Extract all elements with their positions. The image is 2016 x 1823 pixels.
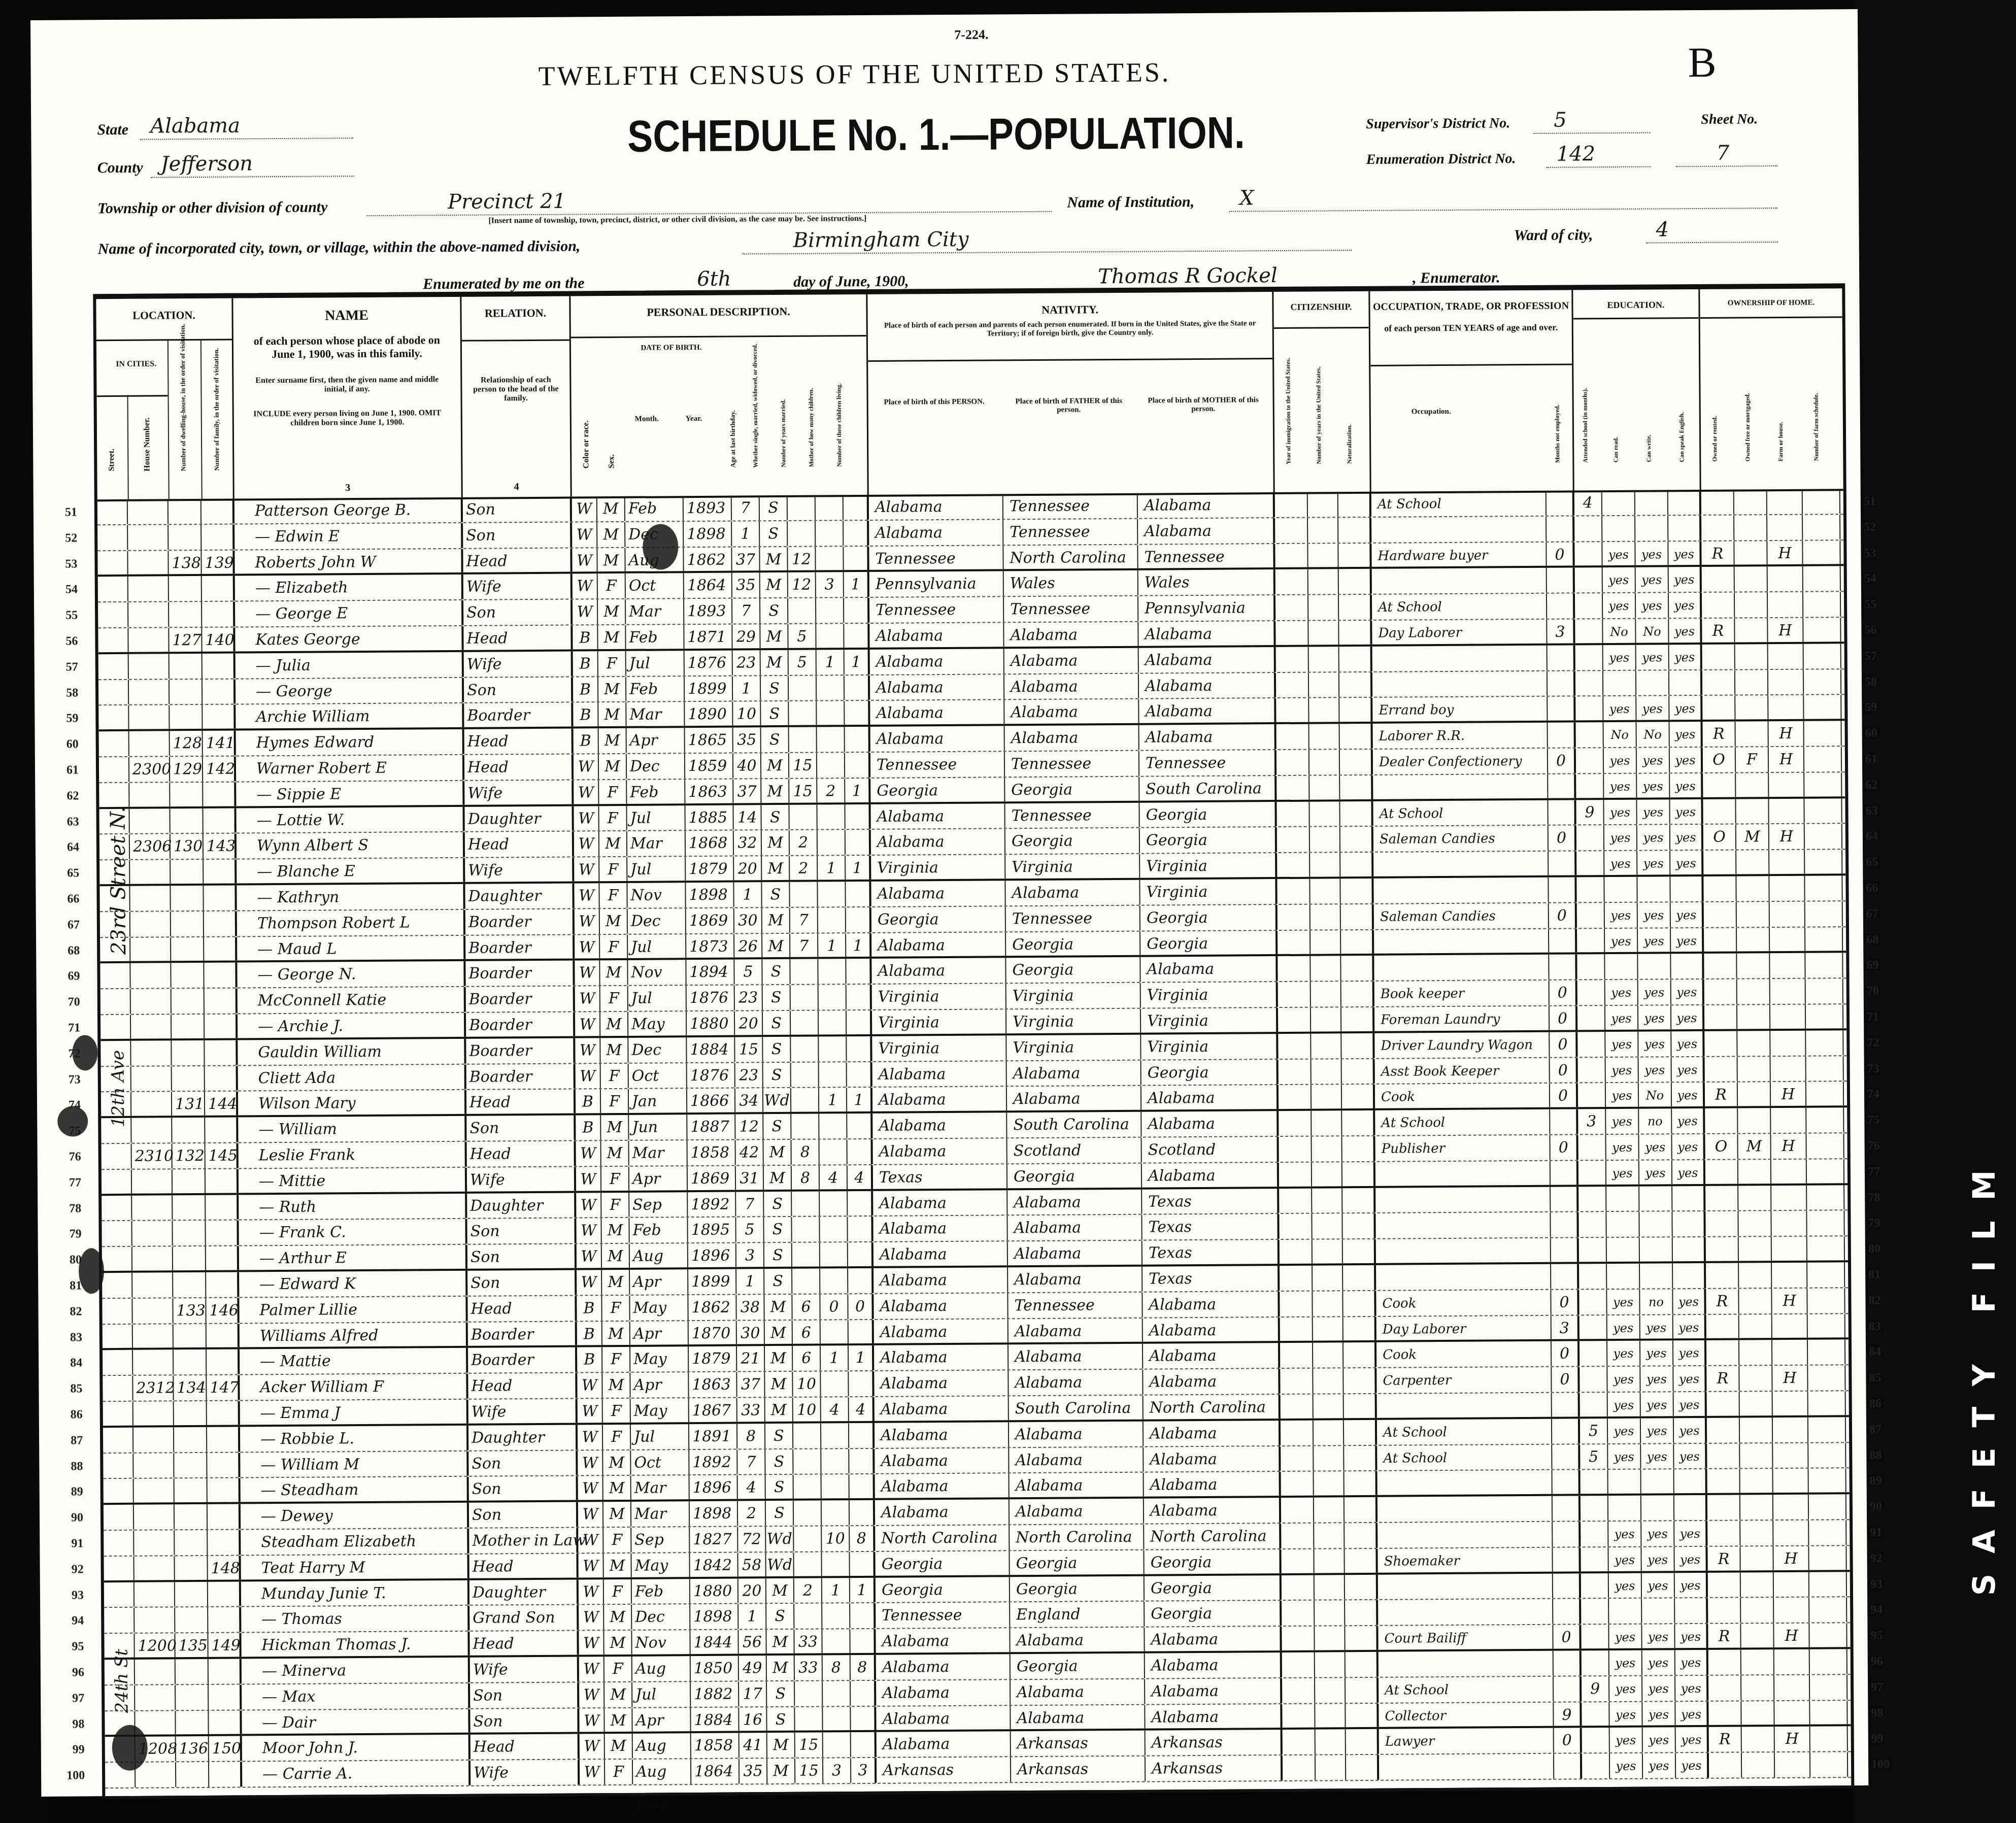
cell-family [208,1607,241,1632]
cell-immig [1281,1446,1314,1471]
cell-farm [1771,1211,1807,1236]
cell-marital: M [760,572,788,597]
cell-own [1706,1340,1739,1365]
cell-living [844,521,869,546]
cell-schedule [1809,1520,1846,1545]
cell-unemployed [1547,594,1575,619]
cell-occupation [1379,1651,1554,1677]
institution-field: X [1229,185,1777,212]
cell-years-us [1315,1626,1345,1650]
cell-yrs-married: 6 [793,1346,821,1371]
cell-immig [1281,1524,1314,1548]
cell-family [203,808,236,833]
cell-name: — Kathryn [237,884,465,910]
cell-family: 144 [205,1092,238,1116]
cell-occupation: At School [1371,491,1547,517]
cell-dwelling [169,576,202,601]
cell-unemployed: 0 [1550,1032,1577,1057]
cell-school [1575,567,1603,592]
cell-farm [1774,1598,1809,1623]
cell-pob-father: Wales [1004,570,1138,596]
cell-month: Feb [626,625,684,649]
cell-own [1703,799,1736,824]
cell-natur [1344,1420,1377,1445]
cell-dwelling [175,1504,208,1529]
cell-occupation [1375,1161,1551,1186]
cell-english: yes [1675,1572,1708,1597]
cell-english: yes [1671,1005,1704,1029]
cell-name: — Lottie W. [236,806,464,833]
cell-school [1576,722,1604,747]
cell-read: yes [1605,928,1638,952]
cell-marital: M [764,1166,792,1190]
cell-write [1637,876,1670,901]
cell-sex: F [599,780,627,804]
cell-marital: S [762,959,790,984]
cell-mother-of [816,547,844,570]
cell-farm [1773,1521,1809,1545]
cell-unemployed: 0 [1550,1135,1578,1160]
cell-pob-father: Alabama [1011,1705,1145,1729]
cell-street [103,1376,133,1401]
cell-schedule [1806,978,1843,1003]
cell-write: yes [1642,1624,1675,1648]
cell-write: yes [1642,1573,1675,1598]
cell-own: R [1706,1366,1739,1391]
cell-english: yes [1675,1650,1708,1675]
line-number-right: 97 [1871,1674,1906,1700]
cell-living [844,547,869,570]
cell-schedule [1810,1649,1847,1674]
cell-school [1579,1238,1607,1262]
cell-pob-father: Alabama [1009,1344,1143,1369]
line-number-right: 51 [1864,489,1899,514]
cell-month: Dec [628,1037,687,1062]
cell-read [1603,670,1636,695]
cell-family: 141 [203,731,236,756]
cell-dwelling [169,499,201,524]
cell-read: yes [1603,567,1636,592]
cell-pob: Georgia [871,906,1006,932]
cell-month: Jul [632,1682,691,1707]
cell-color: W [579,1631,604,1655]
line-number-right: 59 [1865,695,1900,720]
cell-schedule [1810,1701,1847,1725]
cell-age: 14 [733,805,761,830]
cell-age: 41 [740,1733,767,1758]
cell-marital: S [767,1681,795,1706]
cell-immig [1282,1704,1315,1728]
cell-dwelling [174,1427,207,1452]
line-number-left: 82 [51,1299,82,1324]
cell-dwelling [174,1324,207,1348]
cell-own: O [1703,825,1736,850]
cell-school [1577,903,1605,928]
cell-relation: Mother in Law [469,1528,578,1553]
cell-month: Aug [633,1734,691,1759]
cell-living [848,1191,873,1216]
cell-immig [1276,724,1309,749]
cell-marital: S [765,1424,793,1448]
cell-pob: Alabama [875,1396,1009,1421]
cell-farm [1773,1392,1808,1415]
cell-unemployed: 0 [1549,826,1576,851]
cell-yrs-married: 12 [788,572,816,597]
cell-sex: M [597,522,625,547]
cell-family [203,679,236,704]
cell-schedule [1806,1056,1844,1081]
cell-own [1706,1263,1739,1288]
cell-mortgage [1741,1624,1774,1647]
cell-schedule [1806,1004,1843,1028]
cell-natur [1346,1652,1379,1677]
cell-marital: S [763,985,791,1010]
cell-family [204,963,237,988]
line-number-left: 83 [52,1325,82,1350]
cell-yrs-married: 2 [794,1578,822,1603]
cell-english [1672,1186,1705,1210]
line-number-left: 89 [53,1479,83,1505]
cell-house [129,808,170,833]
cell-write: yes [1637,825,1670,850]
header-personal-description: PERSONAL DESCRIPTION. Color or race. Sex… [570,294,868,497]
cell-pob: Alabama [871,958,1006,984]
cell-farm: H [1769,747,1804,772]
cell-color: B [573,625,598,649]
cell-age: 56 [738,1630,766,1653]
cell-own: O [1705,1134,1738,1159]
cell-family [205,1066,238,1091]
cell-english: yes [1673,1289,1706,1314]
cell-month: Oct [626,573,684,598]
line-number-left: 71 [50,1015,80,1040]
line-number-left: 85 [52,1376,82,1402]
cell-farm [1769,772,1804,796]
cell-sex: F [601,1167,629,1191]
cell-occupation: Collector [1379,1702,1554,1727]
cell-house [131,1015,172,1038]
cell-sex: F [599,857,627,881]
cell-living [849,1320,874,1343]
cell-living [847,1010,872,1034]
cell-mother-of: 8 [823,1655,851,1680]
cell-living: 1 [846,933,871,957]
cell-sex: M [603,1450,631,1475]
cell-own [1707,1469,1740,1493]
cell-write: yes [1641,1547,1674,1571]
cell-immig [1280,1317,1313,1341]
cell-house [131,989,172,1014]
cell-year: 1850 [691,1656,739,1681]
cell-own [1704,928,1737,952]
cell-marital: M [765,1320,793,1344]
line-number-left: 54 [47,577,78,602]
cell-unemployed [1548,697,1575,721]
cell-living [851,1706,876,1730]
cell-schedule [1810,1675,1847,1700]
cell-house: 2306 [130,834,171,859]
line-number-right: 85 [1869,1365,1904,1391]
cell-pob-father: North Carolina [1003,545,1138,569]
cell-years-us [1312,1214,1342,1239]
cell-pob-mother: Alabama [1145,1678,1282,1704]
cell-pob-father: Georgia [1010,1550,1144,1574]
line-number-right: 83 [1869,1313,1904,1339]
cell-year: 1899 [688,1269,736,1294]
cell-english: yes [1672,1160,1705,1184]
cell-natur [1340,879,1373,903]
cell-name: Acker William F [240,1374,468,1400]
cell-read [1608,1470,1641,1494]
cell-mortgage [1738,1160,1771,1184]
cell-yrs-married: 33 [794,1630,822,1653]
cell-month: Jul [628,934,686,958]
enumeration-district: 142 [1557,142,1596,165]
cell-name: Warner Robert E [236,755,464,782]
cell-pob-mother: Wales [1138,569,1275,595]
cell-sex: F [603,1528,631,1552]
cell-read: yes [1609,1625,1642,1648]
cell-pob: Alabama [877,1732,1011,1757]
cell-living [845,701,870,725]
cell-month: May [631,1553,690,1577]
cell-natur [1345,1549,1377,1573]
cell-read: yes [1604,825,1637,850]
cell-street [97,551,128,575]
ink-blot [79,1248,105,1294]
cell-name: Roberts John W [234,549,463,574]
cell-read: yes [1606,1135,1639,1160]
cell-school [1575,619,1603,643]
cell-marital: S [760,495,788,520]
cell-mortgage [1735,695,1768,719]
cell-occupation [1375,1187,1551,1212]
cell-mother-of [819,1010,847,1034]
cell-sex: M [603,1502,631,1527]
cell-sex: M [598,625,626,649]
cell-street [102,1273,132,1298]
cell-living [846,882,871,906]
cell-natur [1339,569,1372,594]
cell-mother-of [822,1552,850,1576]
cell-sex: F [601,1192,629,1217]
cell-schedule [1809,1494,1846,1519]
cell-read [1602,490,1635,515]
cell-yrs-married [794,1604,822,1629]
cell-pob-father: Tennessee [1008,1292,1143,1318]
cell-read [1607,1264,1640,1289]
cell-occupation: Asst Book Keeper [1375,1058,1550,1084]
cell-write: yes [1641,1418,1674,1443]
cell-dwelling: 134 [174,1375,207,1400]
cell-house [133,1453,174,1478]
cell-street [98,628,128,652]
cell-living [850,1552,875,1576]
cell-schedule [1806,1107,1844,1132]
cell-house [129,731,170,756]
cell-pob-father: Alabama [1005,725,1139,751]
cell-mother-of [816,495,844,520]
cell-family [209,1684,242,1709]
cell-school [1582,1728,1610,1752]
cell-sex: M [600,1038,628,1063]
line-number-left: 61 [48,757,79,783]
cell-write [1635,516,1668,541]
cell-natur [1338,492,1371,517]
cell-years-us [1314,1549,1345,1573]
cell-sex: F [604,1657,632,1681]
cell-year: 1844 [690,1630,738,1654]
cell-marital: S [766,1475,794,1499]
cell-year: 1867 [689,1398,737,1422]
cell-write: yes [1641,1444,1674,1469]
cell-own [1703,876,1736,901]
cell-pob: Alabama [870,649,1004,674]
cell-unemployed [1554,1676,1582,1701]
cell-mortgage [1739,1314,1772,1338]
cell-unemployed [1552,1419,1580,1443]
cell-mother-of [820,1268,848,1293]
cell-sex: M [598,677,626,701]
cell-marital: Wd [766,1552,794,1576]
cell-school [1577,954,1605,979]
cell-farm [1773,1495,1809,1520]
cell-relation: Wife [470,1657,579,1682]
cell-schedule [1809,1598,1847,1623]
cell-sex: F [600,986,628,1011]
cell-dwelling [174,1401,207,1425]
cell-family [209,1659,242,1684]
cell-year: 1898 [684,521,732,546]
cell-living [847,1062,872,1087]
cell-month: Apr [632,1708,691,1732]
line-number-right: 88 [1869,1442,1905,1468]
cell-natur [1341,930,1374,954]
cell-age: 35 [740,1759,767,1783]
cell-marital: M [764,1140,792,1165]
cell-family [207,1427,240,1451]
cell-farm [1771,1108,1806,1133]
cell-marital: M [765,1372,793,1397]
cell-years-us [1309,672,1339,697]
cell-age: 21 [737,1346,765,1371]
cell-street [102,1299,132,1324]
cell-pob: Alabama [871,829,1005,855]
line-number-right: 95 [1870,1623,1906,1648]
cell-school [1578,1187,1606,1211]
cell-house [130,886,171,910]
cell-years-us [1312,1188,1342,1213]
cell-farm: H [1772,1288,1807,1313]
cell-english [1674,1469,1707,1493]
line-number-right: 63 [1865,798,1901,823]
cell-mortgage [1738,1057,1771,1082]
cell-pob-father: Alabama [1009,1447,1144,1472]
cell-own [1708,1701,1741,1725]
cell-pob-mother: South Carolina [1139,776,1276,800]
cell-farm [1774,1649,1810,1674]
cell-sex: F [598,651,626,676]
cell-living [848,1268,873,1293]
cell-years-us [1313,1291,1343,1316]
cell-family [202,602,235,627]
cell-immig [1281,1395,1314,1419]
cell-dwelling [170,808,203,833]
cell-years-us [1314,1420,1344,1445]
cell-house: 2310 [132,1143,173,1168]
city-value: Birmingham City [793,228,969,252]
cell-living: 1 [844,572,869,597]
cell-year: 1865 [685,728,733,753]
cell-color: W [574,832,599,857]
cell-dwelling [175,1582,208,1607]
cell-school [1578,1058,1606,1083]
cell-pob: Alabama [875,1448,1009,1473]
cell-year: 1892 [688,1192,736,1217]
cell-pob-mother: Texas [1142,1189,1279,1214]
cell-dwelling [173,1221,206,1245]
cell-dwelling [175,1478,208,1502]
cell-dwelling [170,705,203,729]
cell-family [207,1324,240,1347]
cell-age: 16 [739,1707,767,1731]
cell-pob-father: Alabama [1010,1628,1145,1652]
cell-english: yes [1670,851,1703,874]
cell-immig [1276,647,1309,671]
cell-marital: M [762,830,790,855]
line-number-left: 92 [53,1557,83,1582]
cell-immig [1276,801,1309,826]
enumerated-label: Enumerated by me on the [423,275,585,293]
cell-living [847,1113,872,1138]
cell-english: yes [1669,645,1702,669]
cell-yrs-married [788,598,816,623]
cell-pob-mother: Alabama [1143,1292,1280,1317]
cell-color: W [578,1425,603,1449]
cell-pob: Alabama [872,1087,1007,1111]
cell-years-us [1309,724,1340,749]
cell-yrs-married [794,1527,822,1551]
cell-relation: Boarder [468,1347,577,1373]
cell-natur [1345,1626,1378,1650]
cell-living [851,1681,876,1706]
cell-mortgage [1736,799,1769,824]
cell-color: W [580,1734,605,1759]
cell-mother-of [818,882,846,906]
cell-house [133,1350,174,1375]
cell-street [104,1531,134,1556]
cell-own [1707,1443,1740,1468]
cell-mortgage [1735,592,1768,617]
cell-house [129,705,170,729]
cell-pob-mother: Alabama [1143,1343,1280,1368]
cell-own [1705,1186,1738,1210]
cell-marital: S [763,1062,791,1087]
cell-living [845,753,870,778]
cell-occupation: Driver Laundry Wagon [1374,1032,1550,1058]
cell-farm: H [1773,1546,1809,1570]
cell-years-us [1311,982,1341,1006]
cell-dwelling: 129 [170,757,203,782]
cell-pob: Alabama [876,1628,1010,1652]
cell-dwelling [175,1530,208,1555]
line-number-right: 75 [1867,1107,1903,1133]
cell-color: W [575,961,600,986]
cell-occupation: Publisher [1375,1135,1550,1161]
cell-natur [1339,621,1372,645]
cell-name: — George [236,678,464,704]
cell-yrs-married: 12 [788,547,816,570]
